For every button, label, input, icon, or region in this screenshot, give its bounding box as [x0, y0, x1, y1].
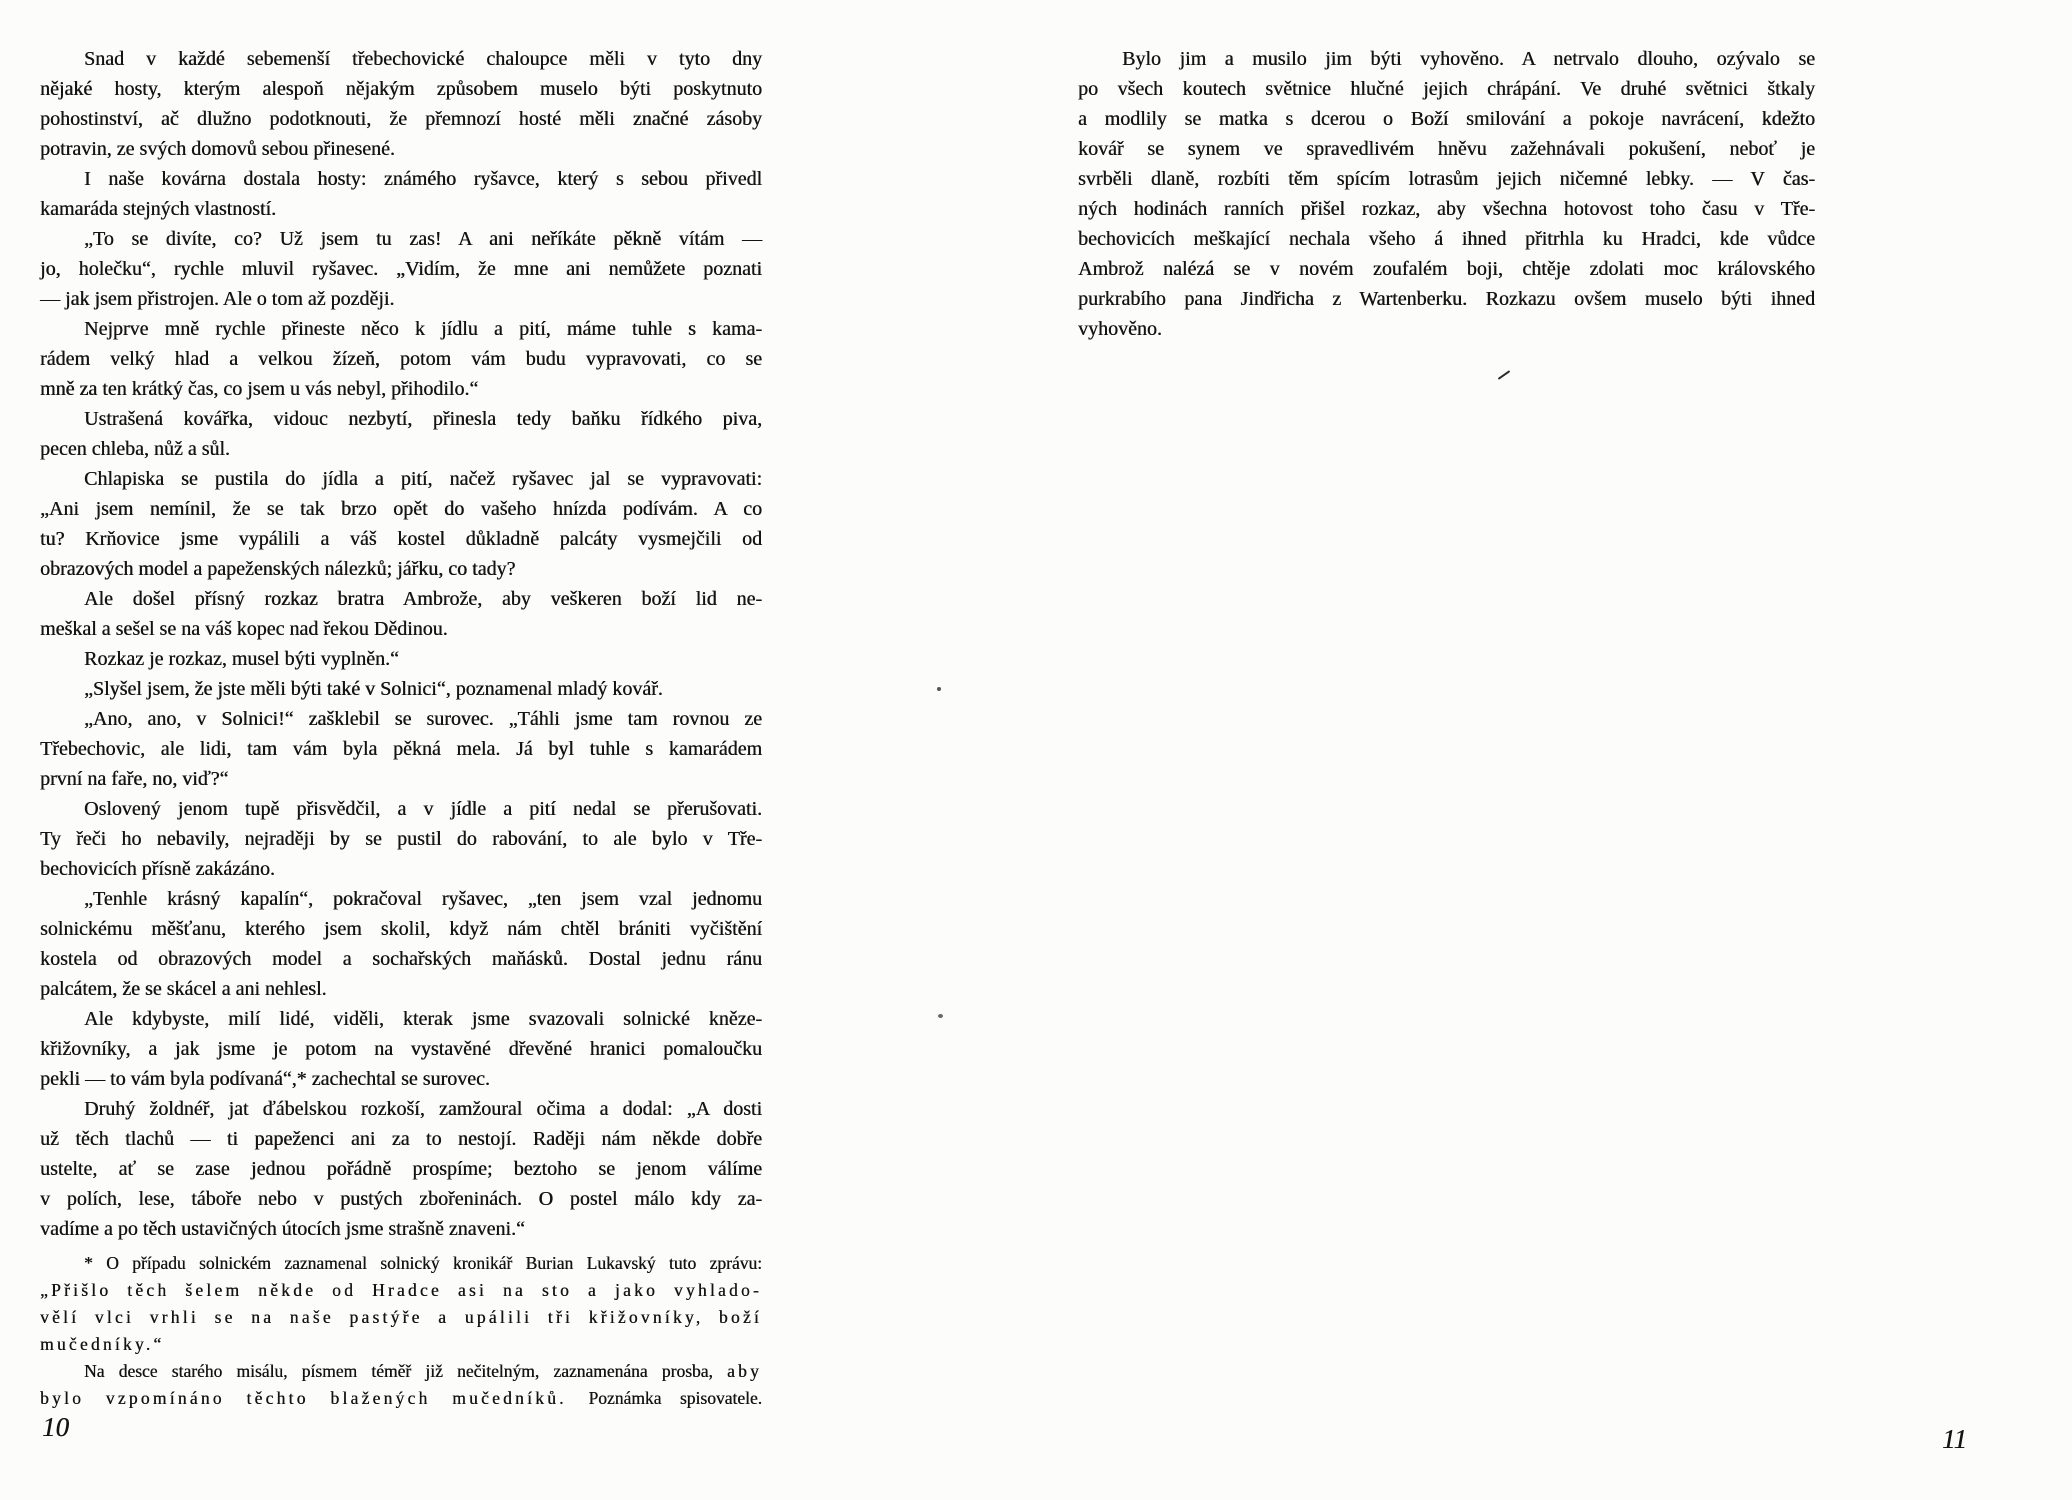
footnote-text: Na desce starého misálu, písmem téměř ji… — [84, 1361, 727, 1381]
page-left-body-text: Snad v každé sebemenší třebechovické cha… — [40, 44, 762, 1244]
text-line: jo, holečku“, rychle mluvil ryšavec. „Vi… — [40, 254, 762, 284]
paragraph: „Slyšel jsem, že jste měli býti také v S… — [40, 674, 762, 704]
text-line: tu? Krňovice jsme vypálili a váš kostel … — [40, 524, 762, 554]
paragraph: Bylo jim a musilo jim býti vyhověno. A n… — [1078, 44, 1815, 344]
text-line: Chlapiska se pustila do jídla a pití, na… — [40, 464, 762, 494]
footnote-line: mučedníky.“ — [40, 1331, 762, 1358]
footnote-line: bylo vzpomínáno těchto blažených mučední… — [40, 1385, 762, 1412]
page-left-footnote: * O případu solnickém zaznamenal solnick… — [40, 1250, 762, 1412]
book-spread: Snad v každé sebemenší třebechovické cha… — [0, 0, 2072, 1500]
paragraph: Ustrašená kovářka, vidouc nezbytí, přine… — [40, 404, 762, 464]
footnote-spaced-text: mučedníky.“ — [40, 1334, 164, 1354]
text-line: — jak jsem přistrojen. Ale o tom až pozd… — [40, 284, 762, 314]
text-line: nějaké hosty, kterým alespoň nějakým způ… — [40, 74, 762, 104]
text-line: pohostinství, ač dlužno podotknouti, že … — [40, 104, 762, 134]
text-line: purkrabího pana Jindřicha z Wartenberku.… — [1078, 284, 1815, 314]
text-line: palcátem, že se skácel a ani nehlesl. — [40, 974, 762, 1004]
paragraph: „Tenhle krásný kapalín“, pokračoval ryša… — [40, 884, 762, 1004]
text-line: solnickému měšťanu, kterého jsem skolil,… — [40, 914, 762, 944]
text-line: vadíme a po těch ustavičných útocích jsm… — [40, 1214, 762, 1244]
page-right-body-text: Bylo jim a musilo jim býti vyhověno. A n… — [1078, 44, 1815, 344]
text-line: Nejprve mně rychle přineste něco k jídlu… — [40, 314, 762, 344]
scan-speck-slash — [1498, 370, 1511, 380]
page-number-right: 11 — [1942, 1424, 1967, 1455]
text-line: mně za ten krátký čas, co jsem u vás neb… — [40, 374, 762, 404]
text-line: ustelte, ať se zase jednou pořádně prosp… — [40, 1154, 762, 1184]
footnote-text: Poznámka spisovatele. — [588, 1388, 762, 1408]
text-line: kamaráda stejných vlastností. — [40, 194, 762, 224]
text-line: meškal a sešel se na váš kopec nad řekou… — [40, 614, 762, 644]
text-line: ných hodinách ranních přišel rozkaz, aby… — [1078, 194, 1815, 224]
text-line: „Ano, ano, v Solnici!“ zašklebil se suro… — [40, 704, 762, 734]
footnote-spaced-text: aby — [727, 1361, 762, 1381]
text-line: Rozkaz je rozkaz, musel býti vyplněn.“ — [40, 644, 762, 674]
text-line: první na faře, no, viď?“ — [40, 764, 762, 794]
text-line: Snad v každé sebemenší třebechovické cha… — [40, 44, 762, 74]
text-line: „Ani jsem nemínil, že se tak brzo opět d… — [40, 494, 762, 524]
footnote-spaced-text: „Přišlo těch šelem někde od Hradce asi n… — [40, 1280, 762, 1300]
text-line: křižovníky, a jak jsme je potom na vysta… — [40, 1034, 762, 1064]
paragraph: Oslovený jenom tupě přisvědčil, a v jídl… — [40, 794, 762, 884]
footnote-line: Na desce starého misálu, písmem téměř ji… — [40, 1358, 762, 1385]
text-line: Ambrož nalézá se v novém zoufalém boji, … — [1078, 254, 1815, 284]
text-line: už těch tlachů — ti papeženci ani za to … — [40, 1124, 762, 1154]
text-line: kovář se synem ve spravedlivém hněvu zaž… — [1078, 134, 1815, 164]
footnote-line: „Přišlo těch šelem někde od Hradce asi n… — [40, 1277, 762, 1304]
paragraph: „To se divíte, co? Už jsem tu zas! A ani… — [40, 224, 762, 314]
text-line: potravin, ze svých domovů sebou přinesen… — [40, 134, 762, 164]
paragraph: Snad v každé sebemenší třebechovické cha… — [40, 44, 762, 164]
text-line: vyhověno. — [1078, 314, 1815, 344]
text-line: „To se divíte, co? Už jsem tu zas! A ani… — [40, 224, 762, 254]
paragraph: Rozkaz je rozkaz, musel býti vyplněn.“ — [40, 644, 762, 674]
text-line: po všech koutech světnice hlučné jejich … — [1078, 74, 1815, 104]
text-line: v polích, lese, táboře nebo v pustých zb… — [40, 1184, 762, 1214]
text-line: Třebechovic, ale lidi, tam vám byla pěkn… — [40, 734, 762, 764]
paragraph: Chlapiska se pustila do jídla a pití, na… — [40, 464, 762, 584]
text-line: Ty řeči ho nebavily, nejraději by se pus… — [40, 824, 762, 854]
text-line: I naše kovárna dostala hosty: známého ry… — [40, 164, 762, 194]
paragraph: Druhý žoldnéř, jat ďábelskou rozkoší, za… — [40, 1094, 762, 1244]
footnote-text: * O případu solnickém zaznamenal solnick… — [84, 1253, 762, 1273]
text-line: Ale kdybyste, milí lidé, viděli, kterak … — [40, 1004, 762, 1034]
footnote-line: * O případu solnickém zaznamenal solnick… — [40, 1250, 762, 1277]
paragraph: Ale kdybyste, milí lidé, viděli, kterak … — [40, 1004, 762, 1094]
footnote-spaced-text: vělí vlci vrhli se na naše pastýře a upá… — [40, 1307, 762, 1327]
paragraph: „Ano, ano, v Solnici!“ zašklebil se suro… — [40, 704, 762, 794]
paragraph: I naše kovárna dostala hosty: známého ry… — [40, 164, 762, 224]
paragraph: Nejprve mně rychle přineste něco k jídlu… — [40, 314, 762, 404]
text-line: Oslovený jenom tupě přisvědčil, a v jídl… — [40, 794, 762, 824]
text-line: a modlily se matka s dcerou o Boží smilo… — [1078, 104, 1815, 134]
text-line: pecen chleba, nůž a sůl. — [40, 434, 762, 464]
footnote-spaced-text: bylo vzpomínáno těchto blažených mučední… — [40, 1388, 588, 1408]
text-line: pekli — to vám byla podívaná“,* zachecht… — [40, 1064, 762, 1094]
text-line: kostela od obrazových model a sochařskýc… — [40, 944, 762, 974]
text-line: Ale došel přísný rozkaz bratra Ambrože, … — [40, 584, 762, 614]
text-line: obrazových model a papeženských nálezků;… — [40, 554, 762, 584]
text-line: Ustrašená kovářka, vidouc nezbytí, přine… — [40, 404, 762, 434]
text-line: Druhý žoldnéř, jat ďábelskou rozkoší, za… — [40, 1094, 762, 1124]
text-line: bechovicích přísně zakázáno. — [40, 854, 762, 884]
text-line: bechovicích meškající nechala všeho á ih… — [1078, 224, 1815, 254]
text-line: rádem velký hlad a velkou žízeň, potom v… — [40, 344, 762, 374]
text-line: „Slyšel jsem, že jste měli býti také v S… — [40, 674, 762, 704]
text-line: „Tenhle krásný kapalín“, pokračoval ryša… — [40, 884, 762, 914]
page-number-left: 10 — [42, 1412, 69, 1443]
paragraph: Ale došel přísný rozkaz bratra Ambrože, … — [40, 584, 762, 644]
text-line: Bylo jim a musilo jim býti vyhověno. A n… — [1078, 44, 1815, 74]
footnote-line: vělí vlci vrhli se na naše pastýře a upá… — [40, 1304, 762, 1331]
scan-speck-dot — [938, 1014, 943, 1018]
scan-speck-dot — [937, 687, 941, 691]
text-line: svrběli dlaně, rozbíti těm spícím lotras… — [1078, 164, 1815, 194]
